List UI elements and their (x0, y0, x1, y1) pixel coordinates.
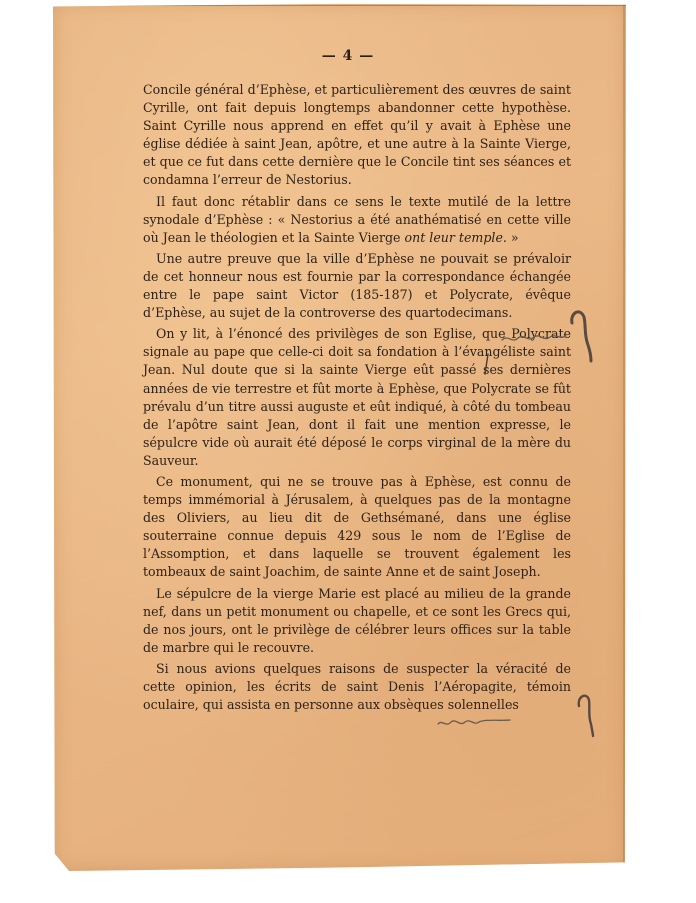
paragraph-5: Ce monument, qui ne se trouve pas à Ephè… (143, 473, 571, 582)
paragraph-1: Concile général d’Ephèse, et particulièr… (143, 81, 571, 190)
paragraph-2: Il faut donc rétablir dans ce sens le te… (143, 193, 571, 247)
paragraph-4: On y lit, à l’énoncé des privilèges de s… (143, 325, 571, 470)
marked-word: l’Aéropagite (434, 679, 512, 694)
body-text: Concile général d’Ephèse, et particulièr… (143, 81, 571, 717)
paragraph-7: Si nous avions quelques raisons de suspe… (143, 660, 571, 714)
paragraph-2-close-quote: » (507, 230, 519, 245)
paragraph-2-italic: ont leur temple. (405, 230, 507, 245)
paragraph-6: Le sépulcre de la vierge Marie est placé… (143, 585, 571, 657)
page-number: — 4 — (0, 48, 696, 64)
scan-canvas: — 4 — Concile général d’Ephèse, et parti… (0, 0, 696, 903)
paragraph-3: Une autre preuve que la ville d’Ephèse n… (143, 250, 571, 322)
